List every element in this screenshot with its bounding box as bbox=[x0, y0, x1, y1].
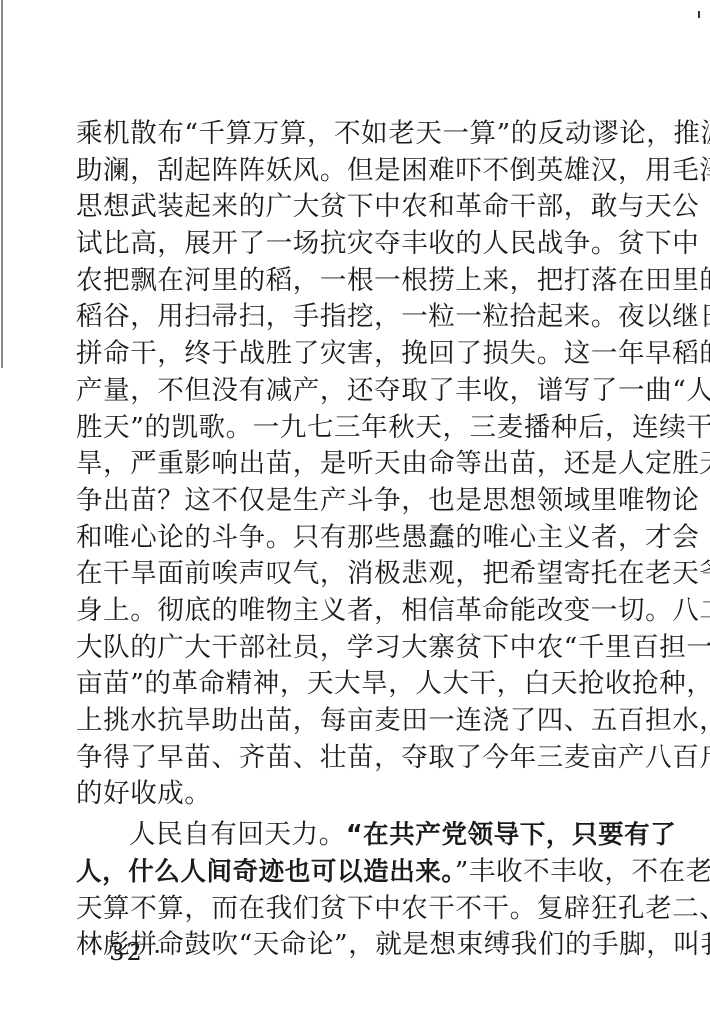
text-line: 思想武装起来的广大贫下中农和革命干部，敢与天公 bbox=[76, 189, 636, 226]
paragraph-2-line-1: 人民自有回天力。“在共产党领导下，只要有了 bbox=[76, 817, 636, 854]
text-line: 争出苗？这不仅是生产斗争，也是思想领域里唯物论 bbox=[76, 483, 636, 520]
scan-edge-line bbox=[1, 0, 3, 368]
text-line: 上挑水抗旱助出苗，每亩麦田一连浇了四、五百担水， bbox=[76, 703, 636, 740]
text-normal: ”丰收不丰收，不在老 bbox=[455, 856, 710, 887]
text-line: 拼命干，终于战胜了灾害，挽回了损失。这一年早稻的 bbox=[76, 336, 636, 373]
page-number: · 32 · bbox=[90, 938, 163, 966]
quote-bold: 人，什么人间奇迹也可以造出来。 bbox=[76, 857, 455, 887]
page-body: 乘机散布“千算万算，不如老天一算”的反动谬论，推波 助澜，刮起阵阵妖风。但是困难… bbox=[76, 116, 636, 964]
text-line: 天算不算，而在我们贫下中农干不干。复辟狂孔老二、 bbox=[76, 891, 636, 928]
text-line: 在干旱面前唉声叹气，消极悲观，把希望寄托在老天爷 bbox=[76, 556, 636, 593]
text-line: 农把飘在河里的稻，一根一根捞上来，把打落在田里的 bbox=[76, 263, 636, 300]
scan-mark bbox=[698, 11, 700, 18]
paragraph-2-line-2: 人，什么人间奇迹也可以造出来。”丰收不丰收，不在老 bbox=[76, 854, 636, 891]
text-line: 大队的广大干部社员，学习大寨贫下中农“千里百担一 bbox=[76, 630, 636, 667]
text-line: 旱，严重影响出苗，是听天由命等出苗，还是人定胜天 bbox=[76, 446, 636, 483]
text-line: 的好收成。 bbox=[76, 776, 636, 817]
text-line: 乘机散布“千算万算，不如老天一算”的反动谬论，推波 bbox=[76, 116, 636, 153]
quote-bold: “在共产党领导下，只要有了 bbox=[346, 820, 677, 850]
text-line: 稻谷，用扫帚扫，手指挖，一粒一粒拾起来。夜以继日 bbox=[76, 299, 636, 336]
text-line: 产量，不但没有减产，还夺取了丰收，谱写了一曲“人定 bbox=[76, 373, 636, 410]
text-normal: 人民自有回天力。 bbox=[129, 819, 346, 850]
text-line: 和唯心论的斗争。只有那些愚蠢的唯心主义者，才会 bbox=[76, 520, 636, 557]
text-line: 试比高，展开了一场抗灾夺丰收的人民战争。贫下中 bbox=[76, 226, 636, 263]
text-line: 争得了早苗、齐苗、壮苗，夺取了今年三麦亩产八百斤 bbox=[76, 740, 636, 777]
text-line: 助澜，刮起阵阵妖风。但是困难吓不倒英雄汉，用毛泽东 bbox=[76, 153, 636, 190]
text-line: 亩苗”的革命精神，天大旱，人大干，白天抢收抢种，晚 bbox=[76, 666, 636, 703]
text-line: 身上。彻底的唯物主义者，相信革命能改变一切。八二 bbox=[76, 593, 636, 630]
text-line: 胜天”的凯歌。一九七三年秋天，三麦播种后，连续干 bbox=[76, 410, 636, 447]
